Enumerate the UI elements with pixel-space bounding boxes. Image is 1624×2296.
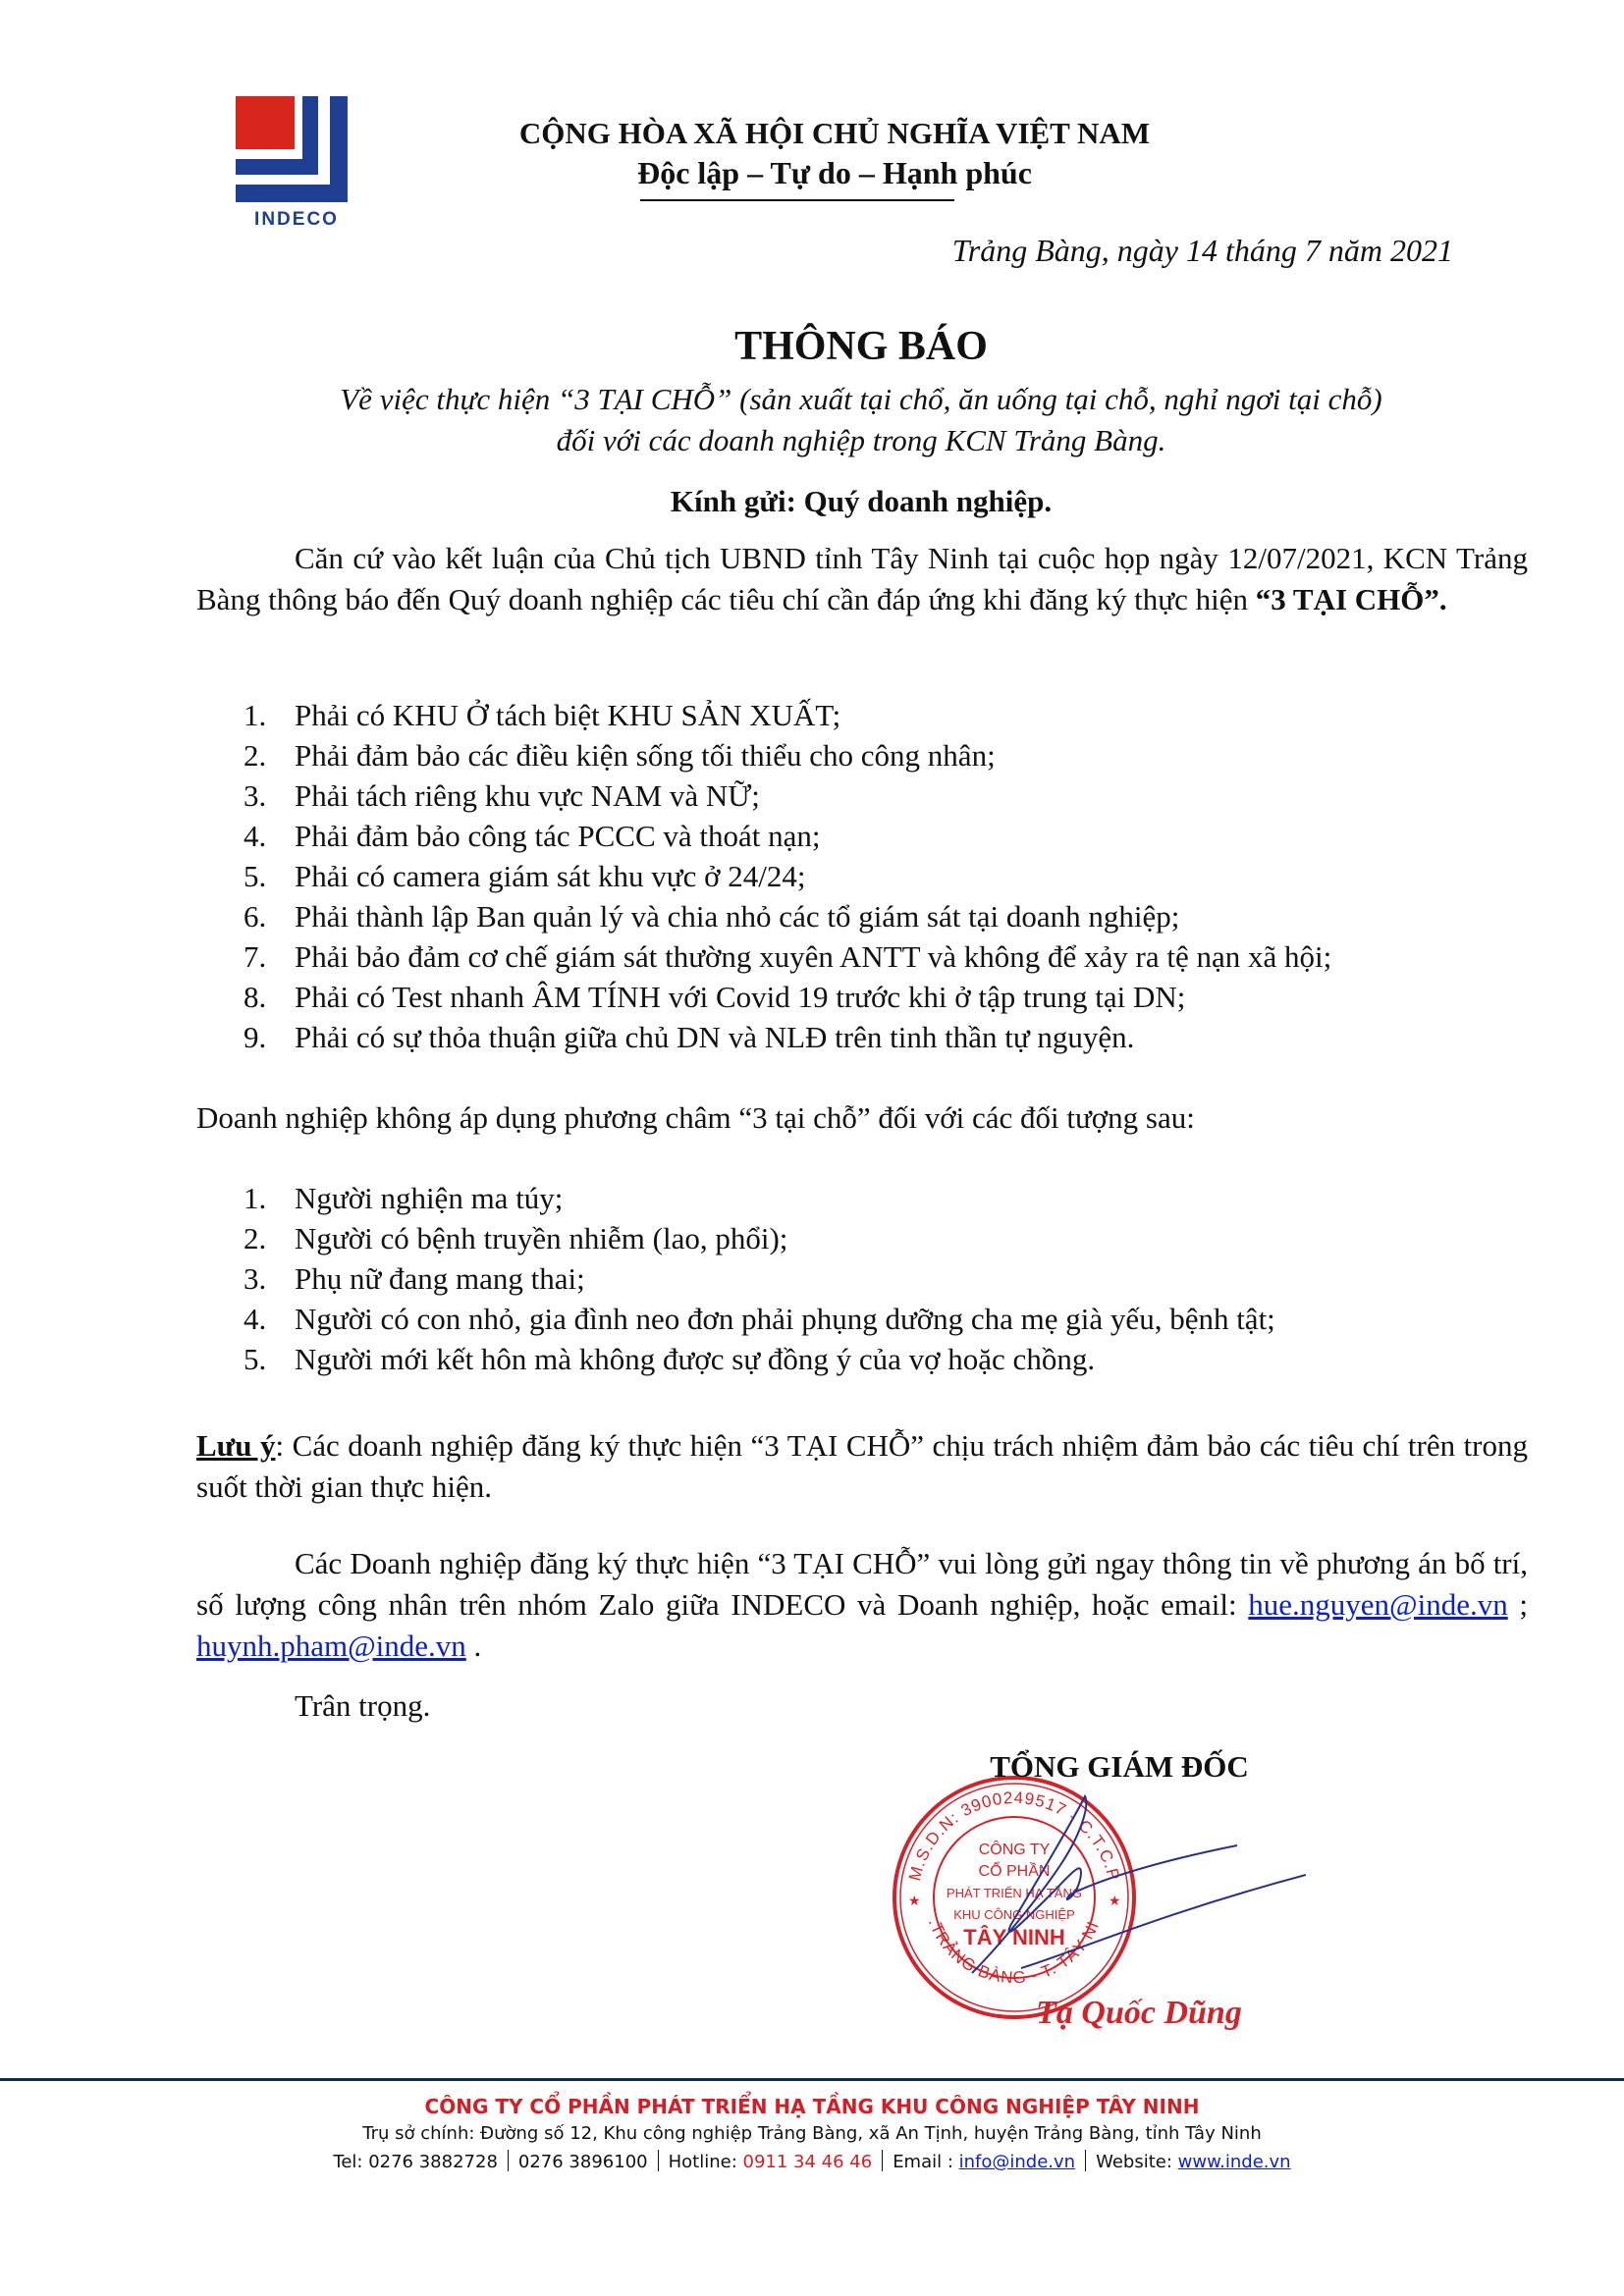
handwritten-signature-icon xyxy=(913,1787,1306,2002)
list-item: 1.Người nghiện ma túy; xyxy=(196,1178,1532,1218)
list-item: 8.Phải có Test nhanh ÂM TÍNH với Covid 1… xyxy=(196,977,1532,1017)
separator: ; xyxy=(1508,1587,1528,1622)
indeco-logo: INDECO xyxy=(236,96,357,230)
item-number: 3. xyxy=(244,775,283,816)
item-text: Người nghiện ma túy; xyxy=(295,1181,563,1215)
footer-contacts: Tel: 0276 38827280276 3896100Hotline: 09… xyxy=(0,2150,1624,2174)
exempt-list: 1.Người nghiện ma túy; 2.Người có bệnh t… xyxy=(196,1178,1532,1379)
item-text: Phải có camera giám sát khu vực ở 24/24; xyxy=(295,859,805,893)
list-item: 7.Phải bảo đảm cơ chế giám sát thường xu… xyxy=(196,936,1532,977)
note-paragraph: Lưu ý: Các doanh nghiệp đăng ký thực hiệ… xyxy=(196,1425,1528,1508)
email-link-huynh[interactable]: huynh.pham@inde.vn xyxy=(196,1629,466,1663)
item-number: 6. xyxy=(244,896,283,936)
item-number: 8. xyxy=(244,977,283,1017)
greeting: Kính gửi: Quý doanh nghiệp. xyxy=(187,483,1536,520)
footer-tel: Tel: 0276 3882728 xyxy=(333,2152,498,2172)
list-item: 6.Phải thành lập Ban quản lý và chia nhỏ… xyxy=(196,896,1532,936)
criteria-list: 1.Phải có KHU Ở tách biệt KHU SẢN XUẤT; … xyxy=(196,695,1532,1057)
item-number: 1. xyxy=(244,1178,283,1218)
list-item: 4.Phải đảm bảo công tác PCCC và thoát nạ… xyxy=(196,816,1532,856)
note-label: Lưu ý xyxy=(196,1428,276,1463)
list-item: 2.Phải đảm bảo các điều kiện sống tối th… xyxy=(196,735,1532,775)
item-number: 9. xyxy=(244,1017,283,1057)
logo-wordmark: INDECO xyxy=(236,210,357,230)
list-item: 1.Phải có KHU Ở tách biệt KHU SẢN XUẤT; xyxy=(196,695,1532,735)
footer-hotline-label: Hotline: xyxy=(669,2152,743,2172)
contact-paragraph: Các Doanh nghiệp đăng ký thực hiện “3 TẠ… xyxy=(196,1543,1528,1667)
footer-hotline: 0911 34 46 46 xyxy=(743,2152,873,2172)
item-text: Phải đảm bảo các điều kiện sống tối thiể… xyxy=(295,738,996,773)
list-item: 5.Người mới kết hôn mà không được sự đồn… xyxy=(196,1339,1532,1379)
document-subtitle: Về việc thực hiện “3 TẠI CHỖ” (sản xuất … xyxy=(187,381,1536,418)
intro-emphasis: “3 TẠI CHỖ”. xyxy=(1256,582,1447,616)
item-number: 5. xyxy=(244,1339,283,1379)
footer-company-name: CÔNG TY CỔ PHẦN PHÁT TRIỂN HẠ TẦNG KHU C… xyxy=(0,2094,1624,2119)
footer-email-label: Email : xyxy=(893,2152,958,2172)
document-title: THÔNG BÁO xyxy=(187,322,1536,371)
list-item: 3.Phụ nữ đang mang thai; xyxy=(196,1258,1532,1299)
list-item: 4.Người có con nhỏ, gia đình neo đơn phả… xyxy=(196,1299,1532,1339)
list-item: 9.Phải có sự thỏa thuận giữa chủ DN và N… xyxy=(196,1017,1532,1057)
footer-tel2: 0276 3896100 xyxy=(518,2152,648,2172)
date-line: Trảng Bàng, ngày 14 tháng 7 năm 2021 xyxy=(864,232,1453,269)
email-link-hue[interactable]: hue.nguyen@inde.vn xyxy=(1248,1587,1507,1622)
punctuation: . xyxy=(466,1629,482,1663)
document-subtitle: đối với các doanh nghiệp trong KCN Trảng… xyxy=(187,422,1536,459)
motto-underline xyxy=(640,199,954,201)
item-number: 3. xyxy=(244,1258,283,1299)
item-text: Phải tách riêng khu vực NAM và NỮ; xyxy=(295,778,760,813)
footer-email-link[interactable]: info@inde.vn xyxy=(959,2152,1075,2172)
item-text: Người có con nhỏ, gia đình neo đơn phải … xyxy=(295,1302,1275,1336)
exempt-intro: Doanh nghiệp không áp dụng phương châm “… xyxy=(196,1097,1528,1139)
footer-website-label: Website: xyxy=(1096,2152,1178,2172)
divider xyxy=(882,2150,883,2171)
signer-name: Tạ Quốc Dũng xyxy=(992,1995,1286,2032)
item-number: 2. xyxy=(244,1218,283,1258)
footer-website-link[interactable]: www.inde.vn xyxy=(1178,2152,1291,2172)
item-number: 4. xyxy=(244,1299,283,1339)
item-text: Phải bảo đảm cơ chế giám sát thường xuyê… xyxy=(295,939,1331,974)
item-text: Phải có Test nhanh ÂM TÍNH với Covid 19 … xyxy=(295,980,1185,1014)
item-text: Phụ nữ đang mang thai; xyxy=(295,1261,585,1296)
item-text: Phải có sự thỏa thuận giữa chủ DN và NLĐ… xyxy=(295,1020,1134,1054)
intro-paragraph: Căn cứ vào kết luận của Chủ tịch UBND tỉ… xyxy=(196,538,1528,620)
closing-regards: Trân trọng. xyxy=(295,1686,430,1726)
divider xyxy=(1085,2150,1086,2171)
item-text: Người mới kết hôn mà không được sự đồng … xyxy=(295,1342,1095,1376)
item-number: 2. xyxy=(244,735,283,775)
divider xyxy=(658,2150,659,2171)
item-text: Phải có KHU Ở tách biệt KHU SẢN XUẤT; xyxy=(295,698,840,732)
footer-divider xyxy=(0,2078,1624,2081)
footer-address: Trụ sở chính: Đường số 12, Khu công nghi… xyxy=(0,2122,1624,2146)
item-number: 5. xyxy=(244,856,283,896)
logo-blue-bar xyxy=(236,185,348,202)
list-item: 3.Phải tách riêng khu vực NAM và NỮ; xyxy=(196,775,1532,816)
item-number: 1. xyxy=(244,695,283,735)
item-number: 7. xyxy=(244,936,283,977)
list-item: 2.Người có bệnh truyền nhiễm (lao, phổi)… xyxy=(196,1218,1532,1258)
note-text: : Các doanh nghiệp đăng ký thực hiện “3 … xyxy=(196,1428,1528,1504)
nation-title: CỘNG HÒA XÃ HỘI CHỦ NGHĨA VIỆT NAM xyxy=(461,116,1208,151)
item-text: Phải đảm bảo công tác PCCC và thoát nạn; xyxy=(295,819,821,853)
signatory-title: TỔNG GIÁM ĐỐC xyxy=(962,1747,1276,1787)
logo-blue-bar xyxy=(236,159,318,175)
item-text: Người có bệnh truyền nhiễm (lao, phổi); xyxy=(295,1221,787,1255)
logo-red-square xyxy=(236,96,295,149)
item-text: Phải thành lập Ban quản lý và chia nhỏ c… xyxy=(295,899,1179,934)
list-item: 5.Phải có camera giám sát khu vực ở 24/2… xyxy=(196,856,1532,896)
item-number: 4. xyxy=(244,816,283,856)
divider xyxy=(508,2150,509,2171)
nation-motto: Độc lập – Tự do – Hạnh phúc xyxy=(461,155,1208,190)
